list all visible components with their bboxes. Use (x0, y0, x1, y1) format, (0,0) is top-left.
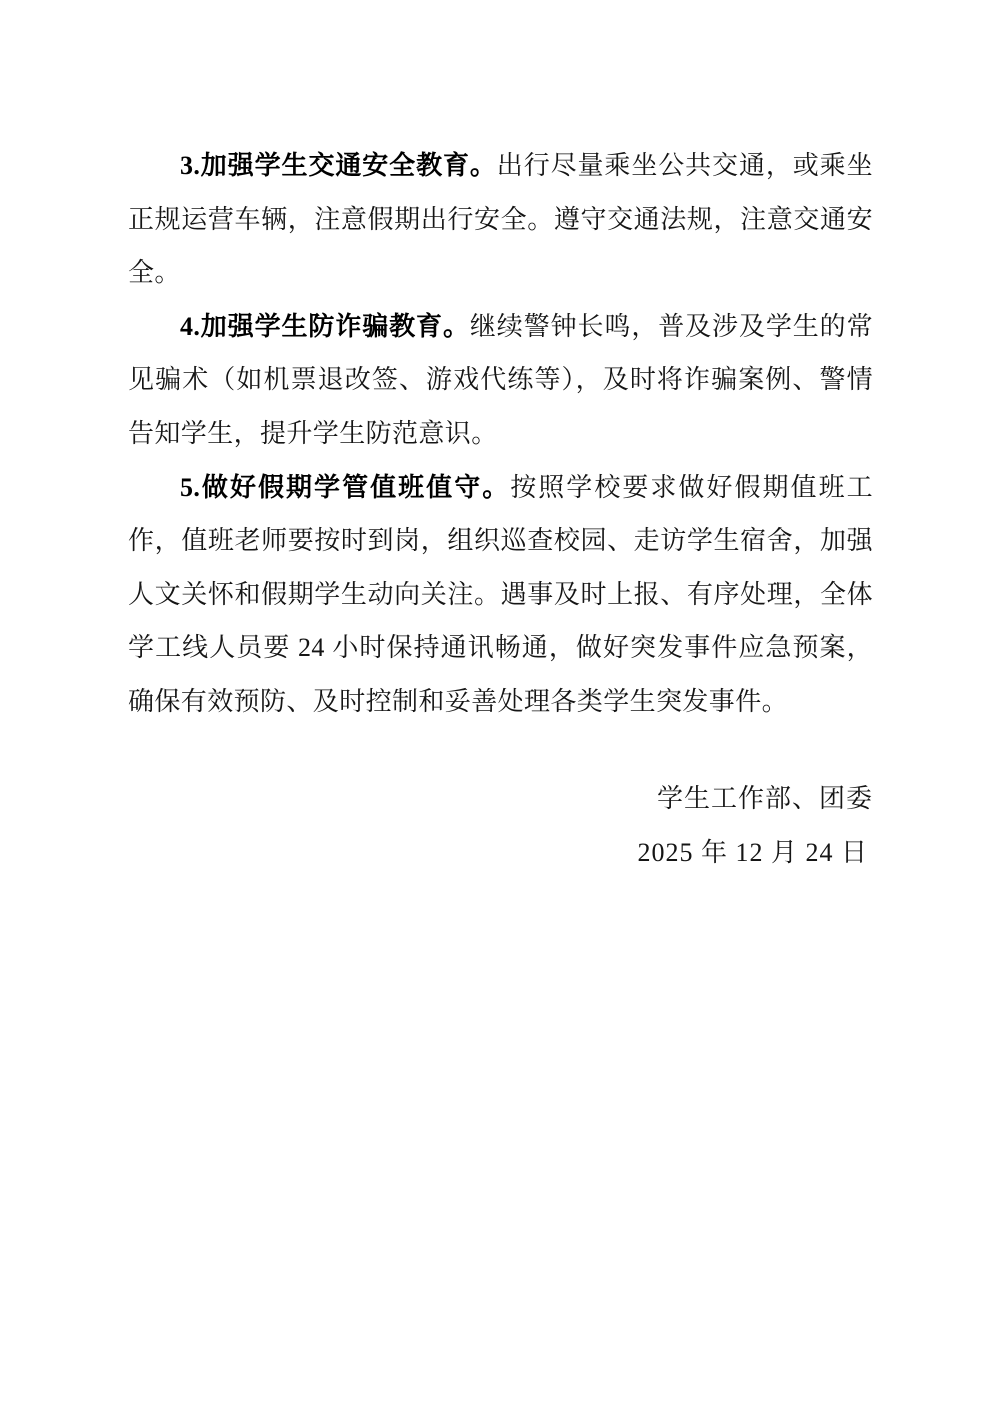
signature-block: 学生工作部、团委 2025 年 12 月 24 日 (128, 772, 873, 880)
document-page: 3.加强学生交通安全教育。出行尽量乘坐公共交通，或乘坐正规运营车辆，注意假期出行… (0, 0, 1000, 1415)
document-body: 3.加强学生交通安全教育。出行尽量乘坐公共交通，或乘坐正规运营车辆，注意假期出行… (128, 139, 873, 880)
paragraph-item-3: 3.加强学生交通安全教育。出行尽量乘坐公共交通，或乘坐正规运营车辆，注意假期出行… (128, 139, 873, 300)
paragraph-3-bold-heading: 3.加强学生交通安全教育。 (180, 151, 497, 180)
paragraph-4-bold-heading: 4.加强学生防诈骗教育。 (180, 312, 470, 341)
signature-department: 学生工作部、团委 (128, 772, 873, 826)
paragraph-item-4: 4.加强学生防诈骗教育。继续警钟长鸣，普及涉及学生的常见骗术（如机票退改签、游戏… (128, 300, 873, 461)
signature-date: 2025 年 12 月 24 日 (128, 826, 873, 880)
paragraph-item-5: 5.做好假期学管值班值守。按照学校要求做好假期值班工作，值班老师要按时到岗，组织… (128, 461, 873, 729)
paragraph-5-bold-heading: 5.做好假期学管值班值守。 (180, 473, 510, 502)
paragraph-5-body-text: 按照学校要求做好假期值班工作，值班老师要按时到岗，组织巡查校园、走访学生宿舍，加… (128, 473, 873, 716)
